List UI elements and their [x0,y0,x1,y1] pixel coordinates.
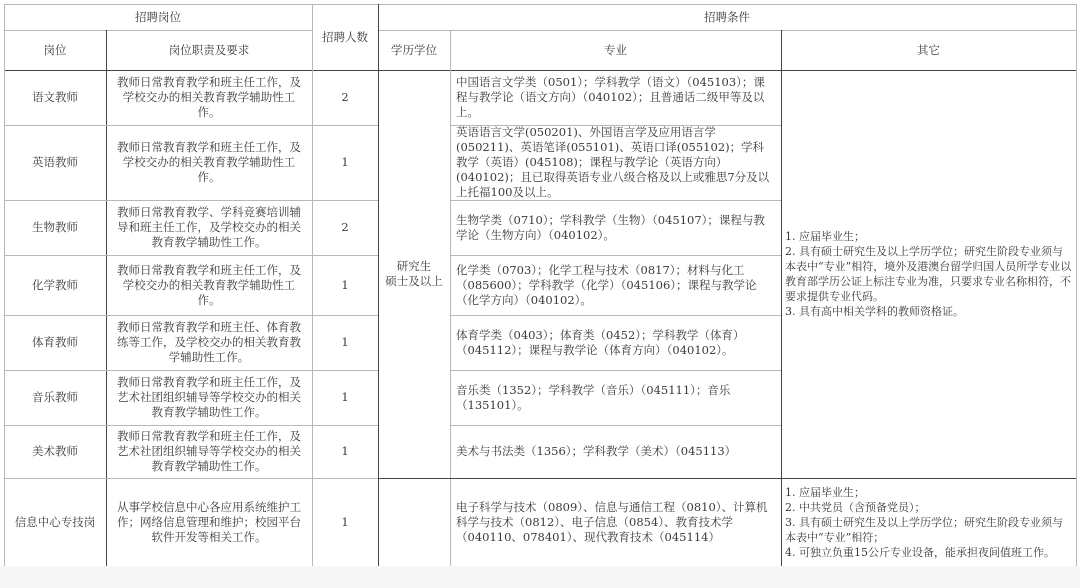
duties-cell: 从事学校信息中心各应用系统维护工作；网络信息管理和维护；校园平台软件开发等相关工… [106,478,312,566]
count-cell: 1 [312,315,378,370]
other-info-center: 1. 应届毕业生； 2. 中共党员（含预备党员）； 3. 具有硕士研究生及以上学… [781,478,1076,566]
major-cell: 中国语言文学类（0501）；学科教学（语文）（045103）；课程与教学论（语文… [450,70,781,125]
header-major: 专业 [450,30,781,70]
major-cell: 美术与书法类（1356）；学科教学（美术）（045113） [450,425,781,478]
count-cell: 1 [312,125,378,200]
duties-cell: 教师日常教育教学和班主任工作，及学校交办的相关教育教学辅助性工作。 [106,255,312,315]
header-position: 岗位 [4,30,106,70]
header-group-conditions: 招聘条件 [378,4,1076,30]
header-duties: 岗位职责及要求 [106,30,312,70]
count-cell: 1 [312,478,378,566]
position-cell: 英语教师 [4,125,106,200]
major-cell: 化学类（0703）；化学工程与技术（0817）；材料与化工（085600）；学科… [450,255,781,315]
count-cell: 1 [312,425,378,478]
count-cell: 2 [312,70,378,125]
major-cell: 英语语言文学(050201)、外国语言学及应用语言学(050211)、英语笔译(… [450,125,781,200]
major-cell: 电子科学与技术（0809）、信息与通信工程（0810）、计算机科学与技术（081… [450,478,781,566]
count-cell: 1 [312,255,378,315]
duties-cell: 教师日常教育教学和班主任工作，及艺术社团组织辅导等学校交办的相关教育教学辅助性工… [106,425,312,478]
position-cell: 美术教师 [4,425,106,478]
position-cell: 音乐教师 [4,370,106,425]
count-cell: 2 [312,200,378,255]
duties-cell: 教师日常教育教学和班主任、体育教练等工作，及学校交办的相关教育教学辅助性工作。 [106,315,312,370]
footer-strip [0,566,1080,588]
other-teachers: 1. 应届毕业生； 2. 具有硕士研究生及以上学历学位；研究生阶段专业须与本表中… [781,70,1076,478]
position-cell: 信息中心专技岗 [4,478,106,566]
position-cell: 生物教师 [4,200,106,255]
duties-cell: 教师日常教育教学和班主任工作，及学校交办的相关教育教学辅助性工作。 [106,125,312,200]
position-cell: 体育教师 [4,315,106,370]
duties-cell: 教师日常教育教学和班主任工作，及学校交办的相关教育教学辅助性工作。 [106,70,312,125]
degree-shared: 研究生 硕士及以上 [378,70,450,478]
position-cell: 化学教师 [4,255,106,315]
header-degree: 学历学位 [378,30,450,70]
position-cell: 语文教师 [4,70,106,125]
major-cell: 体育学类（0403）；体育类（0452）；学科教学（体育）（045112）；课程… [450,315,781,370]
count-cell: 1 [312,370,378,425]
header-group-position: 招聘岗位 [4,4,312,30]
duties-cell: 教师日常教育教学和班主任工作，及艺术社团组织辅导等学校交办的相关教育教学辅助性工… [106,370,312,425]
header-other: 其它 [781,30,1076,70]
major-cell: 生物学类（0710）；学科教学（生物）（045107）；课程与教学论（生物方向）… [450,200,781,255]
header-count: 招聘人数 [312,4,378,70]
duties-cell: 教师日常教育教学、学科竞赛培训辅导和班主任工作，及学校交办的相关教育教学辅助性工… [106,200,312,255]
major-cell: 音乐类（1352）；学科教学（音乐）（045111）；音乐（135101）。 [450,370,781,425]
